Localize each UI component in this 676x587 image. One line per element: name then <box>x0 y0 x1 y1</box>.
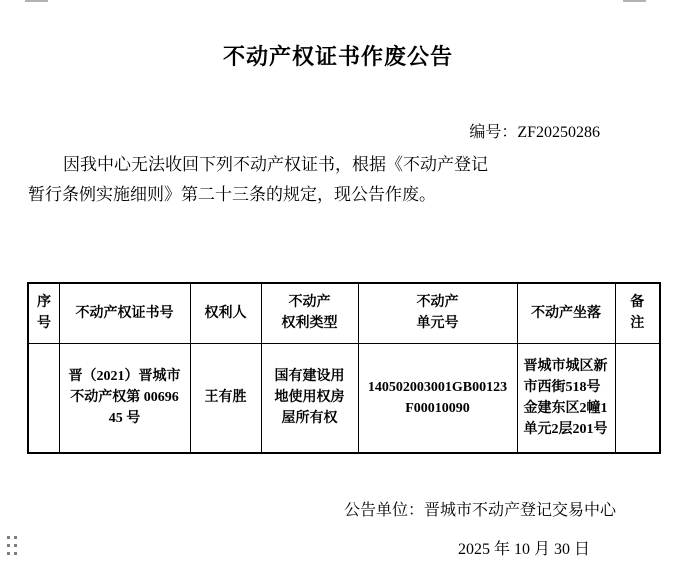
issuing-unit: 公告单位：晋城市不动产登记交易中心 <box>344 497 616 520</box>
col-header-unit-no: 不动产 单元号 <box>358 283 517 343</box>
doc-number-label: 编号： <box>469 124 517 141</box>
drag-handle-dot <box>14 536 17 539</box>
drag-handle-dot <box>7 536 10 539</box>
notice-body: 因我中心无法收回下列不动产权证书，根据《不动产登记 暂行条例实施细则》第二十三条… <box>28 150 650 210</box>
drag-handle-dot <box>7 544 10 547</box>
col-header-cert-no: 不动产权证书号 <box>59 283 190 343</box>
cell-unit-no: 140502003001GB00123F00010090 <box>358 343 517 453</box>
top-left-edge-artifact <box>25 0 48 2</box>
cell-location: 晋城市城区新市西街518号金建东区2幢1单元2层201号 <box>517 343 615 453</box>
announcement-page: { "title": "不动产权证书作废公告", "doc_number": {… <box>0 0 676 587</box>
cell-remark <box>615 343 660 453</box>
notice-body-line-2: 暂行条例实施细则》第二十三条的规定，现公告作废。 <box>28 180 650 210</box>
doc-number: 编号：ZF20250286 <box>469 119 600 142</box>
cell-index <box>28 343 59 453</box>
drag-handle-icon[interactable] <box>7 536 17 555</box>
drag-handle-dot <box>7 552 10 555</box>
drag-handle-dot <box>14 544 17 547</box>
notice-body-line-1: 因我中心无法收回下列不动产权证书，根据《不动产登记 <box>28 150 650 180</box>
top-right-edge-artifact <box>623 0 646 2</box>
cell-right-type: 国有建设用地使用权房屋所有权 <box>261 343 358 453</box>
page-title: 不动产权证书作废公告 <box>0 40 676 71</box>
col-header-location: 不动产坐落 <box>517 283 615 343</box>
table-header-row: 序 号 不动产权证书号 权利人 不动产 权利类型 不动产 单元号 不动产坐落 备… <box>28 283 660 343</box>
col-header-holder: 权利人 <box>190 283 261 343</box>
drag-handle-dot <box>14 552 17 555</box>
certificates-table: 序 号 不动产权证书号 权利人 不动产 权利类型 不动产 单元号 不动产坐落 备… <box>27 282 661 454</box>
col-header-index: 序 号 <box>28 283 59 343</box>
table-row: 晋（2021）晋城市不动产权第 0069645 号 王有胜 国有建设用地使用权房… <box>28 343 660 453</box>
col-header-remark: 备注 <box>615 283 660 343</box>
col-header-right-type: 不动产 权利类型 <box>261 283 358 343</box>
cell-cert-no: 晋（2021）晋城市不动产权第 0069645 号 <box>59 343 190 453</box>
cell-holder: 王有胜 <box>190 343 261 453</box>
issue-date: 2025 年 10 月 30 日 <box>458 536 590 559</box>
doc-number-value: ZF20250286 <box>517 124 600 141</box>
